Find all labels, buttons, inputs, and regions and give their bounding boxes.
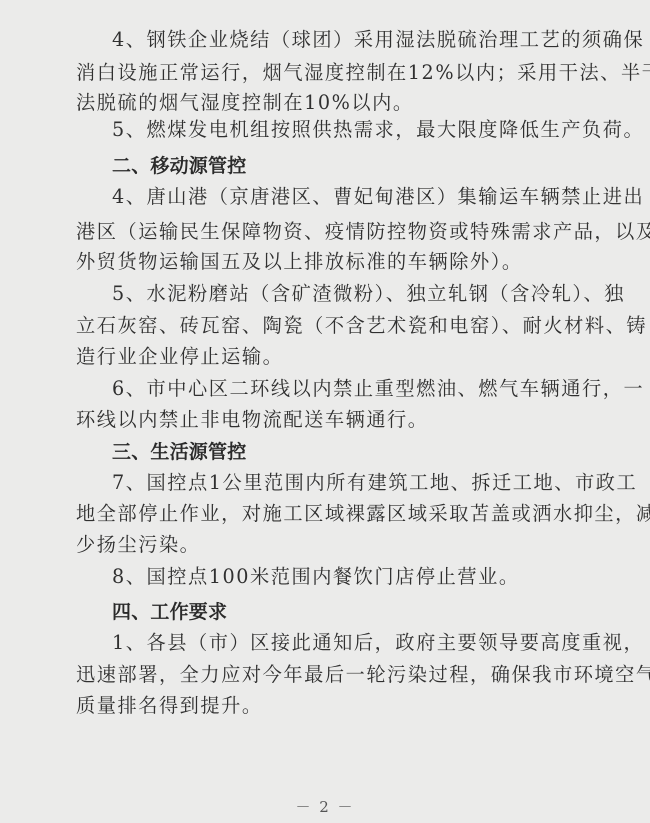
paragraph-first-line: 4、钢铁企业烧结（球团）采用湿法脱硫治理工艺的须确保 xyxy=(112,28,612,52)
paragraph-first-line: 8、国控点100米范围内餐饮门店停止营业。 xyxy=(112,565,612,589)
paragraph-line: 外贸货物运输国五及以上排放标准的车辆除外）。 xyxy=(76,250,576,274)
section-heading: 四、工作要求 xyxy=(112,600,612,624)
paragraph-first-line: 6、市中心区二环线以内禁止重型燃油、燃气车辆通行，一 xyxy=(112,377,612,401)
document-page: 4、钢铁企业烧结（球团）采用湿法脱硫治理工艺的须确保消白设施正常运行，烟气湿度控… xyxy=(0,0,650,823)
section-heading: 二、移动源管控 xyxy=(112,154,612,178)
paragraph-first-line: 5、燃煤发电机组按照供热需求，最大限度降低生产负荷。 xyxy=(112,118,612,142)
paragraph-line: 环线以内禁止非电物流配送车辆通行。 xyxy=(76,408,576,432)
paragraph-line: 法脱硫的烟气湿度控制在10%以内。 xyxy=(76,91,576,115)
paragraph-line: 少扬尘污染。 xyxy=(76,533,576,557)
paragraph-line: 质量排名得到提升。 xyxy=(76,694,576,718)
page-number: － 2 － xyxy=(0,796,650,817)
paragraph-line: 迅速部署，全力应对今年最后一轮污染过程，确保我市环境空气 xyxy=(76,663,576,687)
section-heading: 三、生活源管控 xyxy=(112,440,612,464)
paragraph-line: 消白设施正常运行，烟气湿度控制在12%以内；采用干法、半干 xyxy=(76,61,576,85)
paragraph-line: 造行业企业停止运输。 xyxy=(76,345,576,369)
paragraph-first-line: 7、国控点1公里范围内所有建筑工地、拆迁工地、市政工 xyxy=(112,471,612,495)
paragraph-line: 港区（运输民生保障物资、疫情防控物资或特殊需求产品，以及 xyxy=(76,220,576,244)
paragraph-line: 立石灰窑、砖瓦窑、陶瓷（不含艺术瓷和电窑）、耐火材料、铸 xyxy=(76,314,576,338)
paragraph-first-line: 4、唐山港（京唐港区、曹妃甸港区）集输运车辆禁止进出 xyxy=(112,185,612,209)
paragraph-first-line: 1、各县（市）区接此通知后，政府主要领导要高度重视， xyxy=(112,631,612,655)
paragraph-line: 地全部停止作业，对施工区域裸露区域采取苫盖或洒水抑尘，减 xyxy=(76,502,576,526)
paragraph-first-line: 5、水泥粉磨站（含矿渣微粉）、独立轧钢（含冷轧）、独 xyxy=(112,282,612,306)
